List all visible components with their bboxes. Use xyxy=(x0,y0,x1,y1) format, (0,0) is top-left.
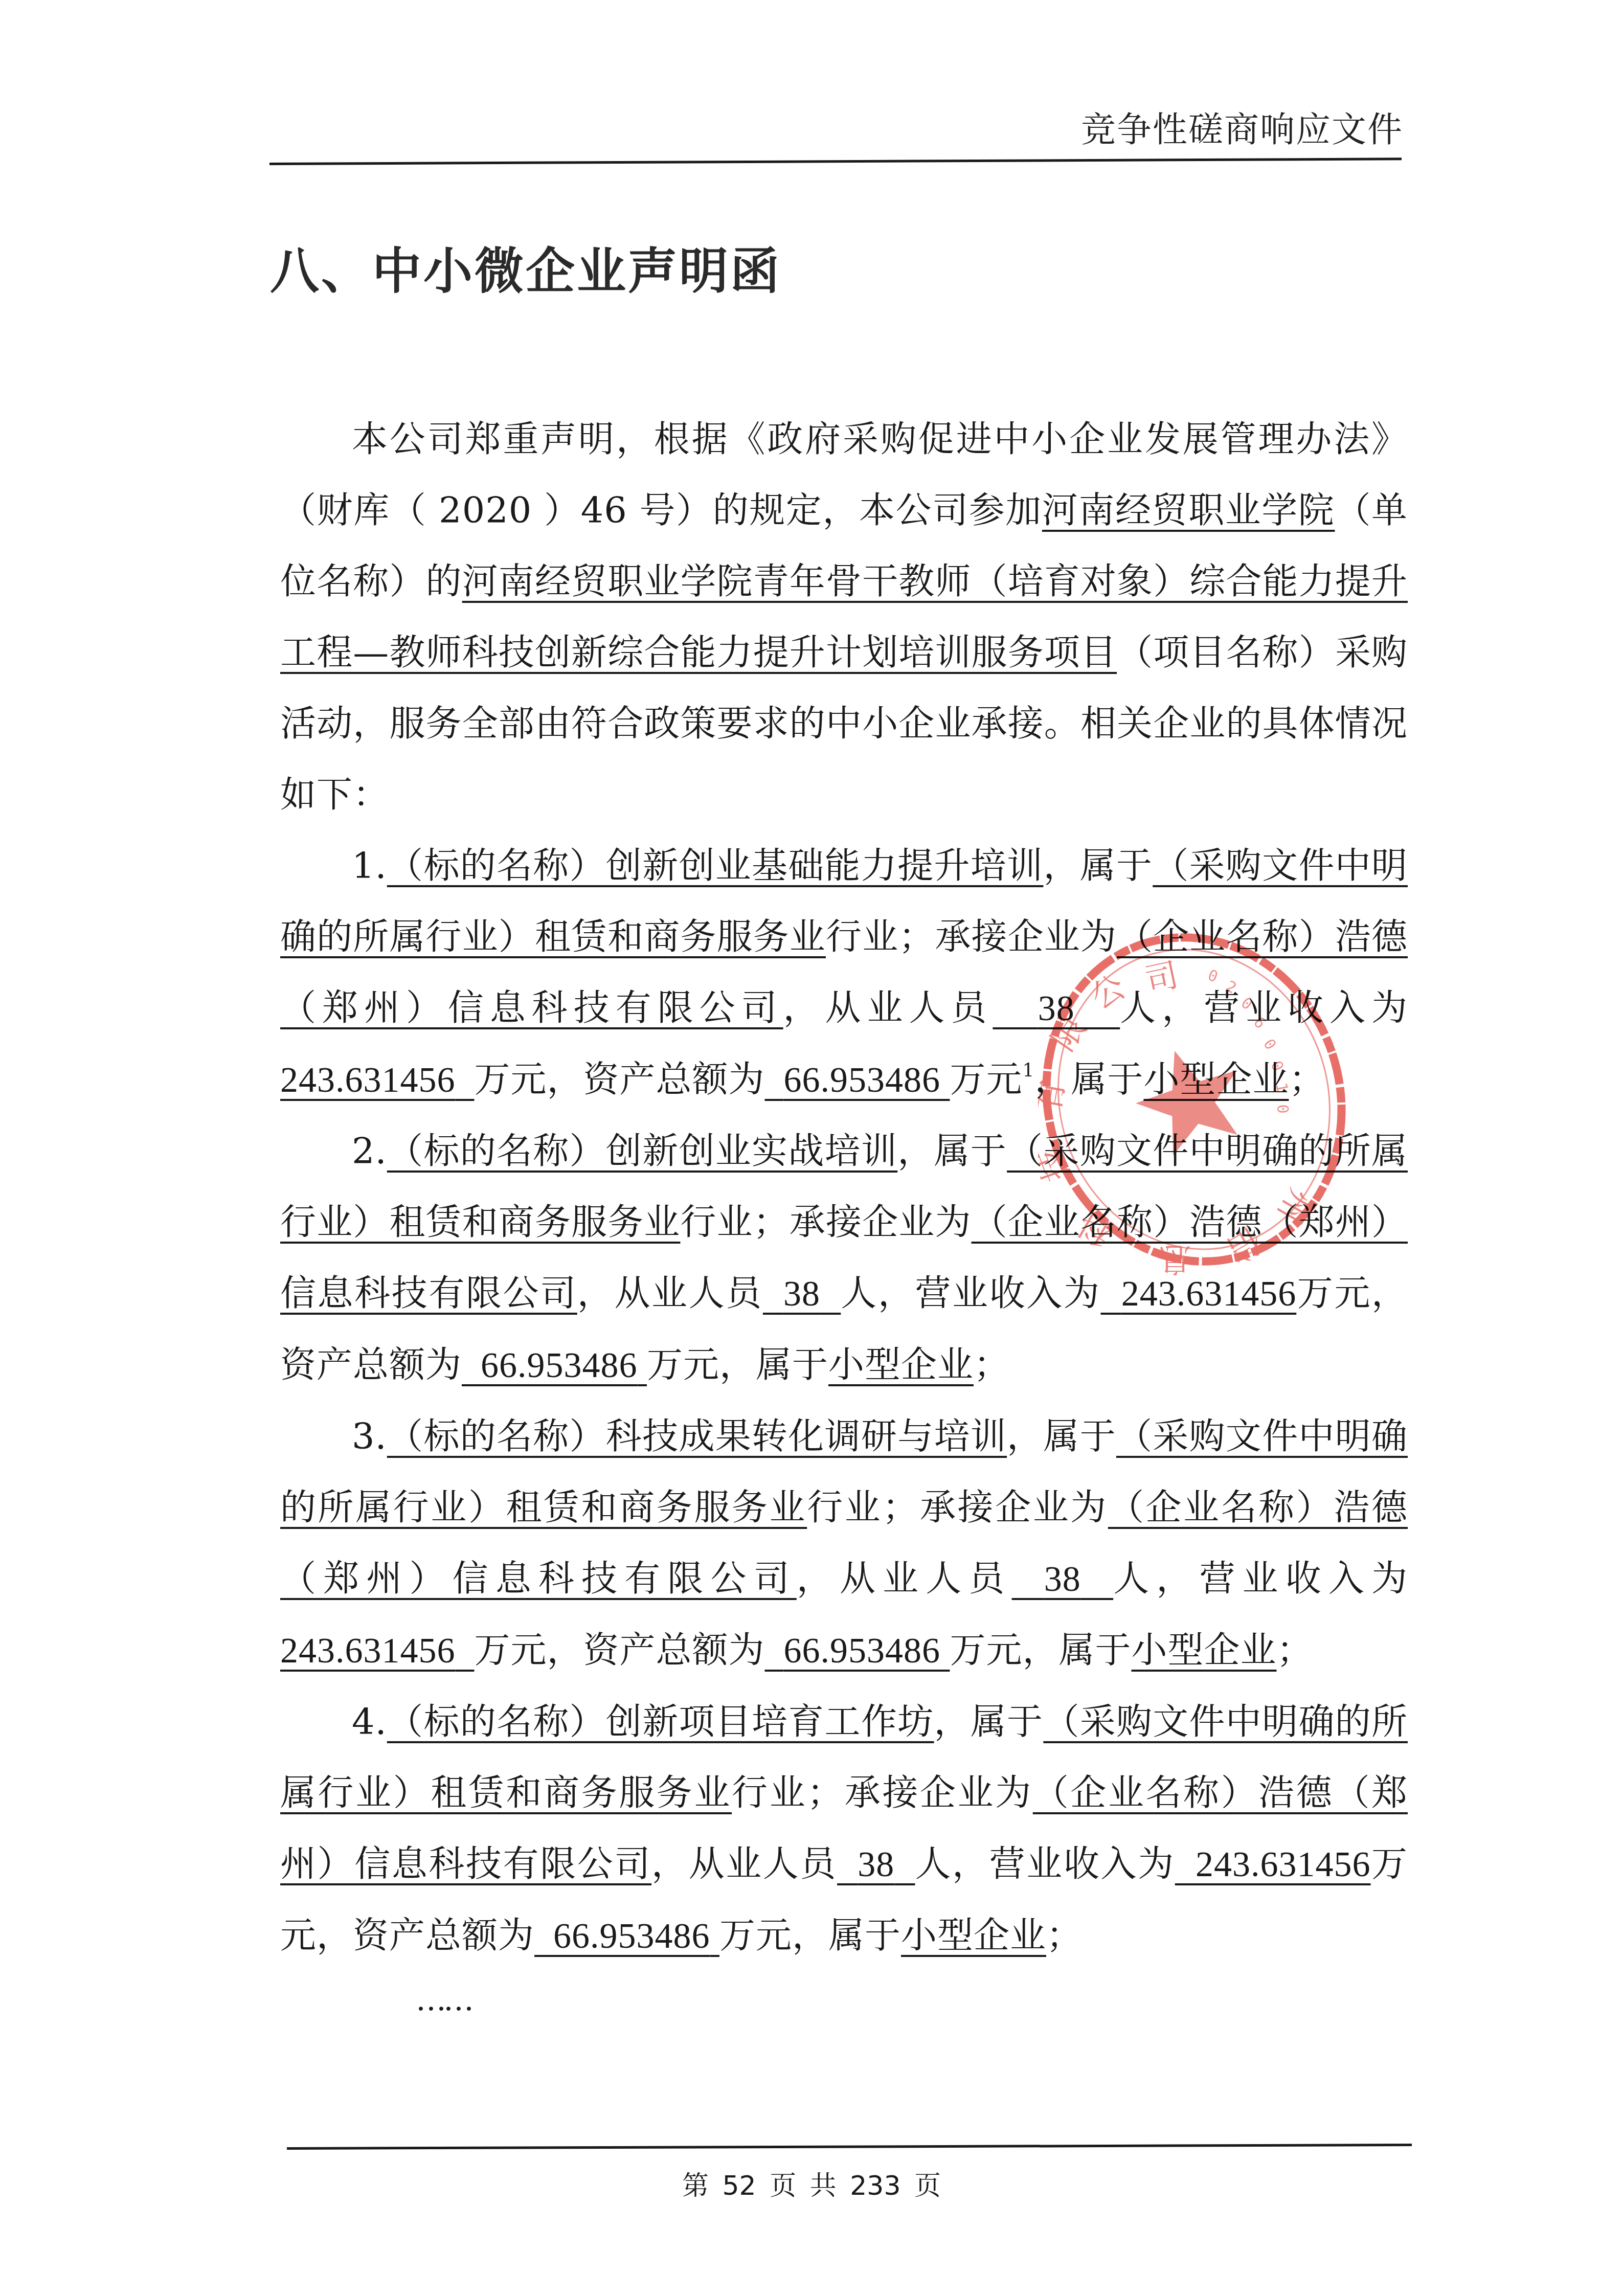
label: ； xyxy=(1289,1059,1325,1100)
declaration-body: 本公司郑重声明，根据《政府采购促进中小企业发展管理办法》（财库（ 2020 ）4… xyxy=(280,404,1408,2028)
label: 行业；承接企业为 xyxy=(732,1772,1033,1814)
item-subject: （标的名称）创新项目培育工作坊 xyxy=(387,1701,934,1743)
item-revenue-value: 243.631456 xyxy=(1121,1274,1297,1314)
label: 万元 xyxy=(647,1344,719,1386)
label: ，从业人员 xyxy=(651,1843,837,1885)
item-assets: 66.953486 xyxy=(765,1061,950,1100)
item-index: 1. xyxy=(352,845,387,887)
item-size: 小型企业 xyxy=(901,1915,1046,1956)
intro-paragraph: 本公司郑重声明，根据《政府采购促进中小企业发展管理办法》（财库（ 2020 ）4… xyxy=(280,404,1408,830)
footnote-marker: 1 xyxy=(1023,1060,1035,1081)
label: 行业；承接企业为 xyxy=(680,1201,971,1243)
item-staff: 38 xyxy=(837,1845,915,1884)
label: ，从业人员 xyxy=(577,1272,763,1314)
item-assets: 66.953486 xyxy=(765,1631,950,1671)
label: ，属于 xyxy=(1023,1629,1132,1671)
footer-rule xyxy=(287,2144,1412,2150)
label: ，属于 xyxy=(1007,1415,1116,1457)
label: ，属于 xyxy=(934,1701,1043,1743)
item-revenue: 243.631456 xyxy=(1101,1274,1297,1314)
item-assets-value: 66.953486 xyxy=(784,1061,941,1100)
label: ，属于 xyxy=(719,1344,828,1386)
item-index: 4. xyxy=(352,1701,387,1743)
label: 人，营业收入为 xyxy=(1113,1558,1408,1600)
label: 万元 xyxy=(719,1915,792,1956)
item-revenue-value: 243.631456 xyxy=(1196,1845,1371,1884)
label: 万元，资产总额为 xyxy=(475,1059,765,1100)
list-item: 1.（标的名称）创新创业基础能力提升培训，属于（采购文件中明确的所属行业）租赁和… xyxy=(280,830,1408,1116)
label: 行业；承接企业为 xyxy=(826,916,1117,958)
item-staff: 38 xyxy=(1012,1560,1114,1599)
item-assets-value: 66.953486 xyxy=(481,1346,638,1385)
label: ，属于 xyxy=(897,1130,1007,1172)
item-size: 小型企业 xyxy=(1143,1059,1289,1100)
item-revenue: 243.631456 xyxy=(280,1631,475,1671)
item-assets-value: 66.953486 xyxy=(553,1917,710,1956)
label: 行业；承接企业为 xyxy=(807,1487,1108,1528)
label: ； xyxy=(1046,1915,1083,1956)
list-item: 3.（标的名称）科技成果转化调研与培训，属于（采购文件中明确的所属行业）租赁和商… xyxy=(280,1401,1408,1686)
item-size: 小型企业 xyxy=(828,1344,974,1386)
label: ，属于 xyxy=(792,1915,901,1956)
item-revenue: 243.631456 xyxy=(1175,1845,1371,1884)
item-staff-value: 38 xyxy=(1038,989,1075,1028)
continuation-ellipsis: …… xyxy=(280,1972,1408,2028)
label: ，从业人员 xyxy=(783,987,993,1029)
item-subject: （标的名称）科技成果转化调研与培训 xyxy=(387,1415,1007,1457)
item-staff: 38 xyxy=(993,989,1120,1028)
label: 人，营业收入为 xyxy=(1120,987,1408,1029)
item-revenue: 243.631456 xyxy=(280,1061,475,1100)
label: 人，营业收入为 xyxy=(841,1272,1100,1314)
item-subject: （标的名称）创新创业实战培训 xyxy=(387,1130,897,1172)
item-revenue-value: 243.631456 xyxy=(280,1061,456,1100)
label: ； xyxy=(974,1344,1010,1386)
header-rule xyxy=(269,157,1402,165)
item-index: 2. xyxy=(352,1130,387,1172)
item-size: 小型企业 xyxy=(1132,1629,1277,1671)
item-staff: 38 xyxy=(763,1274,841,1314)
label: 人，营业收入为 xyxy=(915,1843,1175,1885)
item-subject: （标的名称）创新创业基础能力提升培训 xyxy=(387,845,1044,887)
item-index: 3. xyxy=(352,1415,387,1457)
page-number: 第 52 页 共 233 页 xyxy=(0,2166,1477,2207)
purchaser-name: 河南经贸职业学院 xyxy=(1042,489,1335,531)
label: ，从业人员 xyxy=(797,1558,1012,1600)
label: 万元，资产总额为 xyxy=(475,1629,765,1671)
list-item: 2.（标的名称）创新创业实战培训，属于（采购文件中明确的所属行业）租赁和商务服务… xyxy=(280,1116,1408,1401)
item-assets: 66.953486 xyxy=(534,1917,719,1956)
page-title: 八、中小微企业声明函 xyxy=(270,240,781,302)
label: 万元 xyxy=(950,1629,1023,1671)
label: ； xyxy=(1277,1629,1313,1671)
item-assets-value: 66.953486 xyxy=(784,1631,941,1671)
item-staff-value: 38 xyxy=(1044,1560,1081,1599)
item-staff-value: 38 xyxy=(783,1274,820,1314)
item-revenue-value: 243.631456 xyxy=(280,1631,456,1671)
label: ，属于 xyxy=(1043,845,1153,887)
list-item: 4.（标的名称）创新项目培育工作坊，属于（采购文件中明确的所属行业）租赁和商务服… xyxy=(280,1686,1408,1972)
running-header: 竞争性磋商响应文件 xyxy=(1081,107,1403,153)
label: ，属于 xyxy=(1034,1059,1143,1100)
item-assets: 66.953486 xyxy=(462,1346,647,1385)
label: 万元 xyxy=(950,1059,1023,1100)
item-staff-value: 38 xyxy=(858,1845,894,1884)
